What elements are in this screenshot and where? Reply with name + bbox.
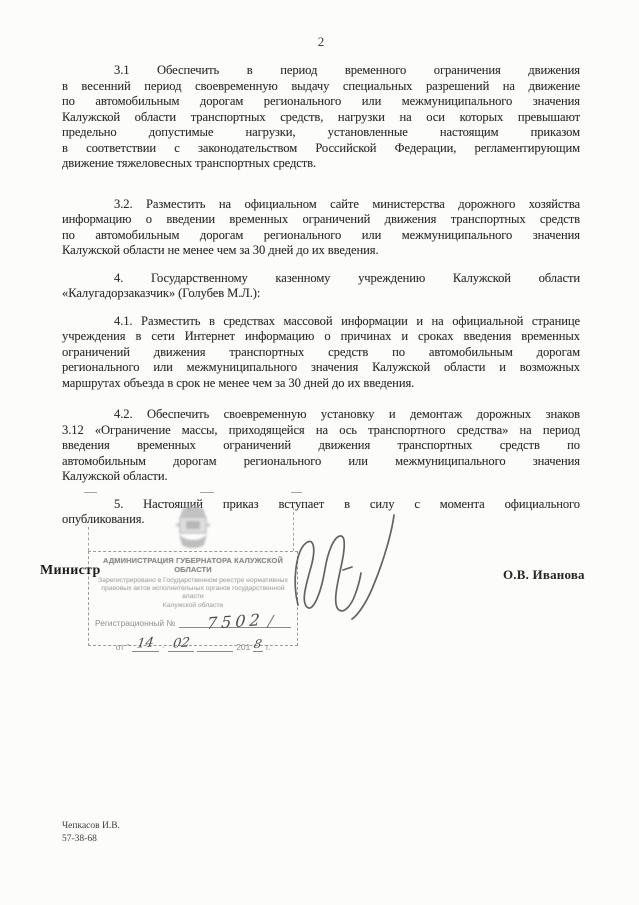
paragraph-3-1: 3.1 Обеспечить в период временного огран… (62, 63, 580, 172)
date-year-underline: 8 (253, 637, 263, 652)
date-dot-label: · (162, 642, 165, 652)
executor-name: Чепкасов И.В. (62, 820, 120, 833)
text-line: ограничений движения транспортных средст… (62, 345, 580, 361)
paragraph-4-2: 4.2. Обеспечить своевременную установку … (62, 407, 580, 485)
scan-artifact-dash (84, 492, 97, 493)
page-number: 2 (62, 34, 580, 50)
registration-stamp: АДМИНИСТРАЦИЯ ГУБЕРНАТОРА КАЛУЖСКОЙ ОБЛА… (88, 551, 298, 646)
text-line: информацию о введении временных ограниче… (62, 212, 580, 228)
registration-number-line: 7502 (179, 613, 291, 628)
registration-number-label: Регистрационный № (95, 618, 175, 628)
date-month-underline: 02 (168, 636, 195, 652)
paragraph-4: 4. Государственному казенному учреждению… (62, 271, 580, 302)
registration-number-handwritten: 7502 (207, 610, 265, 633)
executor-phone: 57-38-68 (62, 833, 120, 846)
blank-underline (197, 641, 233, 652)
scanned-document-page: 2 3.1 Обеспечить в период временного огр… (0, 0, 639, 905)
stamp-date-row: от " 14 · 02 201 8 г. (97, 636, 289, 652)
text-line: Калужской области. (62, 469, 580, 485)
text-line: 4.1. Разместить в средствах массовой инф… (62, 314, 580, 330)
text-line: Калужской области не менее чем за 30 дне… (62, 243, 580, 259)
minister-title: Министр (40, 563, 101, 579)
text-line: по автомобильным дорогам регионального и… (62, 228, 580, 244)
stamp-registered-line-3: Калужской области (93, 602, 293, 610)
coat-of-arms-stamp-icon (171, 503, 215, 549)
stamp-registration-row: Регистрационный № 7502 (95, 613, 291, 628)
document-body: 2 3.1 Обеспечить в период временного огр… (62, 34, 580, 540)
stamp-registered-line-2: правовых актов исполнительных органов го… (93, 586, 293, 602)
date-suffix-label: г. (266, 642, 270, 652)
date-prefix-label: от " (116, 642, 130, 652)
text-line: 4.2. Обеспечить своевременную установку … (62, 407, 580, 423)
text-line: 4. Государственному казенному учреждению… (62, 271, 580, 287)
date-day-underline: 14 (132, 636, 159, 652)
executor-footer: Чепкасов И.В. 57-38-68 (62, 820, 120, 845)
scan-artifact-line (88, 527, 89, 551)
text-line: Калужской области транспортных средств, … (62, 110, 580, 126)
text-line: регионального или межмуниципального знач… (62, 360, 580, 376)
minister-name: О.В. Иванова (503, 567, 585, 583)
date-year-handwritten: 8 (253, 637, 264, 651)
scan-artifact-dash (291, 492, 302, 493)
paragraph-container: 3.1 Обеспечить в период временного огран… (62, 63, 580, 528)
handwritten-slash-mark (266, 614, 275, 628)
paragraph-4-1: 4.1. Разместить в средствах массовой инф… (62, 314, 580, 392)
stamp-registered-line-1: Зарегистрировано в Государственном реест… (93, 577, 293, 585)
text-line: 3.1 Обеспечить в период временного огран… (62, 63, 580, 79)
text-line: движение тяжеловесных транспортных средс… (62, 156, 580, 172)
date-day-handwritten: 14 (136, 635, 155, 651)
text-line: в соответствии с законодательством Росси… (62, 141, 580, 157)
text-line: введения временных ограничений движения … (62, 438, 580, 454)
signature-scribble (288, 509, 416, 631)
text-line: 3.12 «Ограничение массы, приходящейся на… (62, 423, 580, 439)
text-line: «Калугадорзаказчик» (Голубев М.Л.): (62, 286, 580, 302)
text-line: учреждения в сети Интернет информацию о … (62, 329, 580, 345)
stamp-org-line: АДМИНИСТРАЦИЯ ГУБЕРНАТОРА КАЛУЖСКОЙ ОБЛА… (90, 556, 296, 574)
paragraph-3-2: 3.2. Разместить на официальном сайте мин… (62, 197, 580, 259)
date-month-handwritten: 02 (172, 635, 191, 651)
text-line: предельно допустимые нагрузки, установле… (62, 125, 580, 141)
text-line: 3.2. Разместить на официальном сайте мин… (62, 197, 580, 213)
text-line: в весенний период своевременную выдачу с… (62, 79, 580, 95)
text-line: маршрутах объезда в срок не менее чем за… (62, 376, 580, 392)
text-line: по автомобильным дорогам регионального и… (62, 94, 580, 110)
scan-artifact-dash (200, 492, 214, 493)
text-line: автомобильным дорогам регионального или … (62, 454, 580, 470)
date-year-printed: 201 (236, 642, 250, 652)
